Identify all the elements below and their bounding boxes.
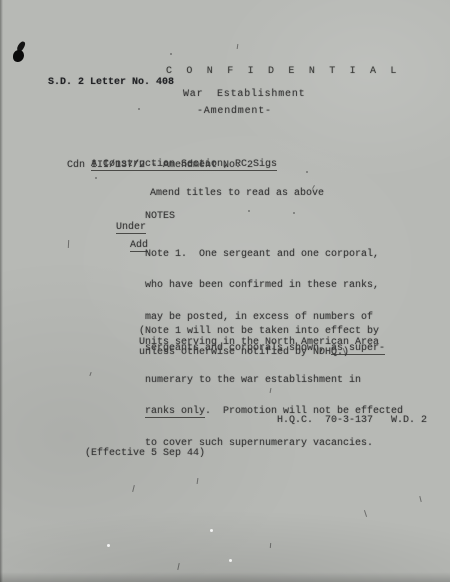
white-speck xyxy=(229,559,232,562)
add-label: Add xyxy=(106,230,148,262)
speck xyxy=(138,108,140,110)
under-value: NOTES xyxy=(145,212,175,223)
scan-edge-shadow-left xyxy=(0,0,3,582)
note1-line3: may be posted, in excess of numbers of xyxy=(145,313,403,323)
scanned-document-page: S.D. 2 Letter No. 408 C O N F I D E N T … xyxy=(0,0,450,582)
note1-line5: numerary to the war establishment in xyxy=(145,376,403,386)
letter-number: S.D. 2 Letter No. 408 xyxy=(48,78,174,89)
effective-date: (Effective 5 Sep 44) xyxy=(85,449,205,460)
speck xyxy=(95,177,97,179)
pencil-mark xyxy=(197,478,199,484)
document-type: War Establishment xyxy=(183,90,305,101)
pencil-mark xyxy=(419,496,421,502)
instruction-line: Amend titles to read as above xyxy=(150,189,324,200)
ink-blot xyxy=(11,41,28,64)
pencil-mark xyxy=(89,372,91,376)
pencil-mark xyxy=(68,240,69,248)
note1-line6-underlined: ranks only xyxy=(145,406,205,418)
reference-line: Cdn III/137/2 - Amendment No. 2 xyxy=(67,161,253,172)
pencil-mark xyxy=(270,543,271,548)
note1-line1: Note 1. One sergeant and one corporal, xyxy=(145,250,403,260)
document-subtype: -Amendment- xyxy=(197,107,272,118)
parenthetical-note: (Note 1 will not be taken into effect by… xyxy=(139,327,379,359)
classification-stamp: C O N F I D E N T I A L xyxy=(166,67,401,78)
speck xyxy=(293,212,295,214)
white-speck xyxy=(107,544,110,547)
speck xyxy=(170,53,172,55)
ink-blot-body xyxy=(13,50,24,62)
speck xyxy=(306,171,308,173)
file-reference: H.Q.C. 70-3-137 W.D. 2 xyxy=(277,416,427,427)
white-speck xyxy=(210,529,213,532)
pencil-mark xyxy=(364,510,367,517)
pencil-mark xyxy=(237,44,239,49)
pencil-mark xyxy=(177,563,179,570)
note1-line2: who have been confirmed in these ranks, xyxy=(145,281,403,291)
scan-edge-shadow-bottom xyxy=(0,572,450,582)
pencil-mark xyxy=(132,485,135,492)
speck xyxy=(248,210,250,212)
